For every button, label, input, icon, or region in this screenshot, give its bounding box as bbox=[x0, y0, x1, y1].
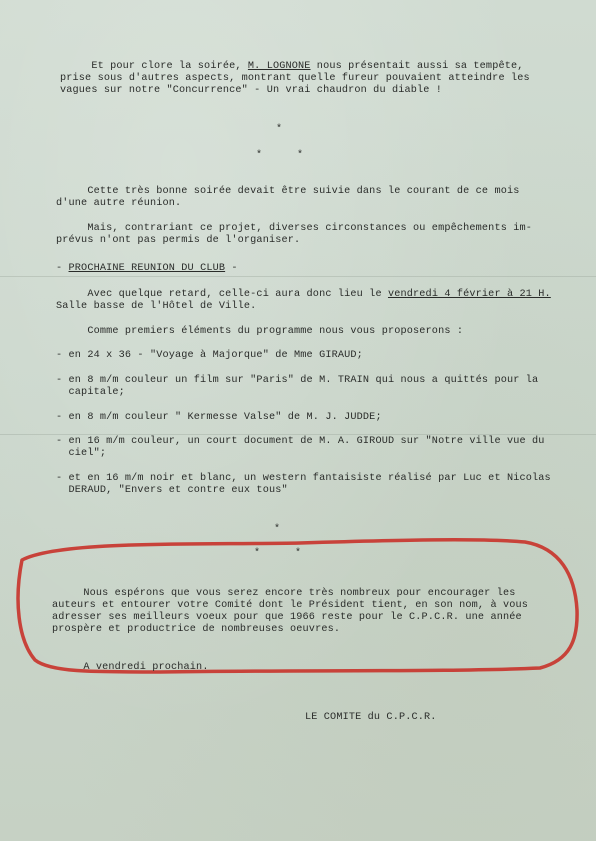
program-item: - et en 16 m/m noir et blanc, un western… bbox=[56, 473, 551, 485]
intro-line-3: vagues sur notre "Concurrence" - Un vrai… bbox=[60, 85, 442, 97]
intro-line-2: prise sous d'autres aspects, montrant qu… bbox=[60, 73, 530, 85]
wishes-line-3: adresser ses meilleurs voeux pour que 19… bbox=[52, 612, 522, 624]
intro-line-1: Et pour clore la soirée, M. LOGNONE nous… bbox=[60, 61, 524, 73]
separator-star: * bbox=[297, 150, 303, 161]
signature: LE COMITE du C.P.C.R. bbox=[305, 712, 437, 724]
paragraph-3-line-2: prévus n'ont pas permis de l'organiser. bbox=[56, 235, 300, 247]
person-name-lognone: M. LOGNONE bbox=[248, 61, 311, 72]
program-item: - en 8 m/m couleur un film sur "Paris" d… bbox=[56, 375, 538, 387]
section-heading-title: PROCHAINE REUNION DU CLUB bbox=[69, 263, 226, 274]
program-intro: Comme premiers éléments du programme nou… bbox=[56, 326, 463, 338]
meeting-line-1: Avec quelque retard, celle-ci aura donc … bbox=[56, 289, 551, 301]
separator-star: * bbox=[256, 150, 262, 161]
separator-star: * bbox=[254, 548, 260, 559]
program-item-continued: ciel"; bbox=[56, 448, 106, 460]
meeting-line-2: Salle basse de l'Hôtel de Ville. bbox=[56, 301, 256, 313]
wishes-line-2: auteurs et entourer votre Comité dont le… bbox=[52, 600, 528, 612]
program-item: - en 8 m/m couleur " Kermesse Valse" de … bbox=[56, 412, 382, 424]
program-item: - en 24 x 36 - "Voyage à Majorque" de Mm… bbox=[56, 350, 363, 362]
section-heading: - PROCHAINE REUNION DU CLUB - bbox=[56, 263, 238, 275]
closing-line: A vendredi prochain. bbox=[52, 662, 209, 674]
program-item: - en 16 m/m couleur, un court document d… bbox=[56, 436, 545, 448]
wishes-line-1: Nous espérons que vous serez encore très… bbox=[52, 588, 516, 600]
program-item-continued: capitale; bbox=[56, 387, 125, 399]
paragraph-2-line-2: d'une autre réunion. bbox=[56, 198, 181, 210]
paragraph-2-line-1: Cette très bonne soirée devait être suiv… bbox=[56, 186, 520, 198]
paragraph-3-line-1: Mais, contrariant ce projet, diverses ci… bbox=[56, 223, 532, 235]
meeting-date: vendredi 4 février à 21 H. bbox=[388, 289, 551, 300]
wishes-line-4: prospère et productrice de nombreuses oe… bbox=[52, 624, 340, 636]
separator-star: * bbox=[276, 124, 282, 135]
separator-star: * bbox=[295, 548, 301, 559]
separator-star: * bbox=[274, 524, 280, 535]
program-item-continued: DERAUD, "Envers et contre eux tous" bbox=[56, 485, 288, 497]
